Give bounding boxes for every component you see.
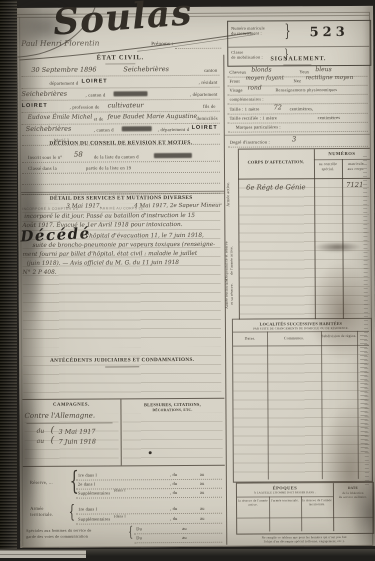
loiret-stamp-1: LOIRET xyxy=(81,78,107,84)
localites-col-communes: Communes. xyxy=(267,336,321,340)
edge-label-sticker xyxy=(0,550,86,558)
et-de-label: et de xyxy=(94,116,104,121)
services-line-7: (juin 1918). — Avis officiel du M. G. du… xyxy=(27,260,179,267)
prenoms-label: Prénoms : xyxy=(151,42,173,47)
canton-d-label-2: , canton d xyxy=(94,127,114,132)
reserve-row1-label: 1re dans l xyxy=(78,473,97,478)
classe-dans-suite: partie de la liste en 19 xyxy=(86,165,131,170)
epoques-col-3: la réserve de l'armée territoriale. xyxy=(302,499,332,507)
residence-place-handwritten: Seichebrières xyxy=(22,90,68,98)
signalement-title: SIGNALEMENT. xyxy=(227,56,369,63)
localites-col-subdivision: Subdivision de région. xyxy=(321,334,357,338)
marques-label: Marques particulières : xyxy=(236,124,281,129)
yeux-value: bleus xyxy=(315,66,331,73)
domicilies-label: domiciliés xyxy=(197,116,218,121)
document-page: Soulas Paul Henri Florentin Prénoms : Nu… xyxy=(17,6,375,548)
epoques-col-2: l'armée territoriale. xyxy=(270,499,300,503)
services-line-2: incorporé le dit jour. Passé au bataillo… xyxy=(24,213,195,220)
antecedents-title: ANTÉCÉDENTS JUDICIAIRES ET CONDAMNATIONS… xyxy=(23,357,221,364)
etat-civil-title: ÉTAT CIVIL. xyxy=(21,54,219,62)
reserve-row2-label: 2e dans l xyxy=(78,482,95,487)
territoriale-brace: { xyxy=(69,504,76,522)
etat-civil-line-2: département d LOIRET , résidant xyxy=(21,77,219,89)
nez-value: rectiligne moyen xyxy=(305,75,353,81)
matricule-label: Numéro matricule du recrutement : xyxy=(231,25,287,35)
departement-word: , département xyxy=(190,92,218,97)
territoriale-row2-au: au xyxy=(200,516,205,521)
departement-d-label: , département d xyxy=(158,127,189,132)
inscrit-number: 58 xyxy=(74,151,83,159)
canton-stamp-struck-2 xyxy=(122,126,152,131)
numeros-sub1: au contrôle spécial. xyxy=(315,162,341,172)
campagnes-title: CAMPAGNES. xyxy=(22,402,120,408)
profession-label: , profession de xyxy=(70,104,100,109)
renseignements-label-1: Renseignements physionomiques xyxy=(275,87,337,92)
signalement-bottom-rule xyxy=(225,134,370,136)
speciales-label-1: Spéciales aux hommes du service de xyxy=(26,528,91,533)
degre-label: Degré d'instruction : xyxy=(230,139,270,144)
epoques-date-lib-1: DATE xyxy=(334,486,372,490)
antecedents-ruled-area xyxy=(23,347,221,398)
services-line-4: à l'hôpital d'évacuation 11, le 7 juin 1… xyxy=(80,233,203,240)
canton-stamp-struck-1 xyxy=(114,91,148,96)
cheveux-label: Cheveux xyxy=(229,70,246,75)
services-line-6: ment fourni par billet d'hôpital, état c… xyxy=(22,251,197,258)
birth-place-handwritten: Seichebrières xyxy=(123,65,169,73)
domicile-place-handwritten: Seichebrières xyxy=(26,125,72,133)
campagnes-du: du xyxy=(37,428,45,435)
campagnes-au: au xyxy=(37,438,44,445)
taille-value: 72 xyxy=(274,103,282,111)
reserve-row1-au: au xyxy=(200,472,205,477)
speciales-row1-au: au xyxy=(182,526,187,531)
taille-rectifiee-unit: centimètres xyxy=(318,115,340,120)
reserve-row2-du: , du xyxy=(170,481,177,486)
localites-col-dates: Dates. xyxy=(233,336,267,340)
canton-d-label: , canton d xyxy=(86,92,106,97)
canton-word: canton xyxy=(204,68,217,73)
canton-stamp-struck-3 xyxy=(154,153,192,158)
epoques-title: ÉPOQUES xyxy=(237,485,333,491)
epoques-col-1: la réserve de l'armée active. xyxy=(238,499,268,507)
loiret-stamp-2: LOIRET xyxy=(22,103,48,109)
matricule-number: 523 xyxy=(290,25,368,40)
antecedents-title-rule xyxy=(105,366,139,367)
cheveux-value: blonds xyxy=(251,66,271,73)
localites-body-ruled xyxy=(233,346,370,479)
speciales-row2-au: au xyxy=(182,535,187,540)
residant-word: , résidant xyxy=(199,80,218,85)
taille-unit: centimètres, xyxy=(290,106,314,111)
birth-date-handwritten: 30 Septembre 1896 xyxy=(31,66,96,74)
prenoms-handwritten: Paul Henri Florentin xyxy=(21,38,99,47)
decision-line-2: Classé dans la partie de la liste en 19 xyxy=(22,162,220,174)
ink-dot xyxy=(149,451,152,454)
visage-label: Visage xyxy=(229,88,242,93)
departement-label: département d xyxy=(49,81,78,86)
band-armee-territoriale: Armée territoriale et sa réserve. xyxy=(225,269,239,319)
services-line-8: N° 2 P 408. xyxy=(23,270,57,276)
front-value: moyen fuyant xyxy=(245,75,284,81)
degre-line: Degré d'instruction : 3 xyxy=(228,137,368,148)
epoques-date-lib-3: du service militaire. xyxy=(334,495,372,499)
territoriale-row1-label: 1re dans l xyxy=(78,507,97,512)
visage-value: rond xyxy=(247,85,261,92)
corps-affectation-table: CORPS D'AFFECTATION. NUMÉROS au contrôle… xyxy=(238,148,371,320)
degre-value: 3 xyxy=(292,135,297,143)
epoques-subtitle: À LAQUELLE L'HOMME DOIT PASSER DANS : xyxy=(237,491,333,495)
localites-header-top xyxy=(233,331,369,333)
etat-civil-line-3: Seichebrières , canton d , département xyxy=(22,89,220,101)
matricule-label-line2: du recrutement : xyxy=(231,30,287,35)
matricule-row-divider xyxy=(228,46,369,48)
front-label: Front xyxy=(229,79,240,84)
dans-l-label-1: (dans l xyxy=(114,488,126,492)
blessures-title-2: DÉCORATIONS, ETC. xyxy=(120,408,224,413)
speciales-row-2: Du au xyxy=(134,533,222,544)
campagnes-au-date: 7 Juin 1918 xyxy=(59,438,96,446)
loiret-stamp-3: LOIRET xyxy=(192,125,218,131)
speciales-brace: { xyxy=(128,525,133,539)
father-handwritten: Eudoxe Émile Michel xyxy=(28,114,93,121)
services-hw-1: 3 Mai 1917, xyxy=(66,203,101,209)
taille-rectifiee-label: Taille rectifiée : 1 mètre xyxy=(230,115,277,120)
services-title: DÉTAIL DES SERVICES ET MUTATIONS DIVERSE… xyxy=(22,195,220,202)
reserve-row3-au: au xyxy=(200,490,205,495)
dans-l-label-2: (dans l xyxy=(114,514,126,518)
signalement-line-7: Marques particulières : xyxy=(228,122,368,133)
epoques-subheader-rule xyxy=(237,517,373,519)
mother-handwritten: feue Baudet Marie Augustine xyxy=(108,113,197,121)
etat-civil-line-1: 30 Septembre 1896 Seichebrières canton xyxy=(21,65,219,77)
supplementaires-label-2: Supplémentaires xyxy=(78,516,110,521)
corps-body-ruled xyxy=(239,179,370,319)
classe-dans-label: Classé dans la xyxy=(28,166,57,171)
reserve-label: Réserve, ... xyxy=(30,480,53,485)
etat-civil-title-rule xyxy=(105,63,135,64)
yeux-label: Yeux xyxy=(299,69,309,74)
territoriale-row1-du: , du xyxy=(170,506,177,511)
band-armee-active: Armée active. xyxy=(225,167,238,222)
frame-bottom-line xyxy=(22,545,372,548)
taille-label: Taille : 1 mètre xyxy=(230,107,260,112)
unit-number-handwritten: 7121 xyxy=(346,181,363,189)
inscrit-suite: de la liste du canton d xyxy=(94,154,139,159)
unit-entry-handwritten: 6e Régt de Génie xyxy=(246,183,306,191)
corps-header: CORPS D'AFFECTATION. xyxy=(240,159,312,164)
reserve-row2-au: au xyxy=(200,481,205,486)
decision-title: DÉCISION DU CONSEIL DE REVISION ET MOTIF… xyxy=(22,140,220,147)
inscrit-label: Inscrit sous le n° xyxy=(28,155,62,160)
fils-de-label: fils de xyxy=(203,104,216,109)
territoriale-row1-au: au xyxy=(200,506,205,511)
territoriale-row2-du: , du xyxy=(170,516,177,521)
speciales-row2-du: Du xyxy=(136,535,142,540)
prenoms-rule xyxy=(175,43,221,49)
blessures-ruled xyxy=(122,413,222,464)
etat-civil-line-4: LOIRET , profession de cultivateur fils … xyxy=(22,101,220,113)
scanned-military-record: Soulas Paul Henri Florentin Prénoms : Nu… xyxy=(0,0,375,561)
services-hw-2: 4 Mai 1917, 2e Sapeur Mineur xyxy=(134,203,221,210)
armee-territoriale-label: Armée territoriale. xyxy=(30,506,53,518)
signalement-title-rule xyxy=(283,64,311,65)
nez-label: Nez xyxy=(293,78,301,83)
campagnes-du-paren: ( xyxy=(51,426,55,436)
epoques-footnote-2: l'objet d'un décompte spécial (réforme, … xyxy=(236,539,372,544)
binding-page-edges xyxy=(0,0,17,561)
reserve-row-3: Supplémentaires (dans l , du au xyxy=(76,488,222,499)
services-line-5: suite de broncho-pneumonie par vapeurs t… xyxy=(32,242,215,249)
speciales-label-2: garde des voies de communication xyxy=(26,534,88,539)
epoques-vline-2 xyxy=(301,496,302,531)
epoques-vline-1 xyxy=(269,496,270,531)
blessures-title-1: BLESSURES, CITATIONS, xyxy=(120,402,224,408)
localites-title-1: LOCALITÉS SUCCESSIVES HABITÉES xyxy=(235,321,367,327)
reserve-row3-du: , du xyxy=(170,490,177,495)
renseignements-label-2: complémentaires : xyxy=(230,96,264,101)
campagnes-du-date: 3 Mai 1917 xyxy=(59,428,96,436)
campagnes-entry: Contre l'Allemagne. xyxy=(24,412,95,420)
campagnes-au-paren: ( xyxy=(51,436,55,446)
speciales-row1-du: Du xyxy=(136,526,142,531)
reserve-row1-du: , du xyxy=(170,472,177,477)
localites-table: LOCALITÉS SUCCESSIVES HABITÉES PAR SUITE… xyxy=(232,318,373,483)
profession-handwritten: cultivateur xyxy=(108,101,144,109)
supplementaires-label-1: Supplémentaires xyxy=(78,490,110,495)
epoques-table: ÉPOQUES À LAQUELLE L'HOMME DOIT PASSER D… xyxy=(236,482,374,535)
campagnes-blessures-box: CAMPAGNES. Contre l'Allemagne. du ( 3 Ma… xyxy=(22,398,224,467)
numeros-header: NUMÉROS xyxy=(314,151,370,156)
